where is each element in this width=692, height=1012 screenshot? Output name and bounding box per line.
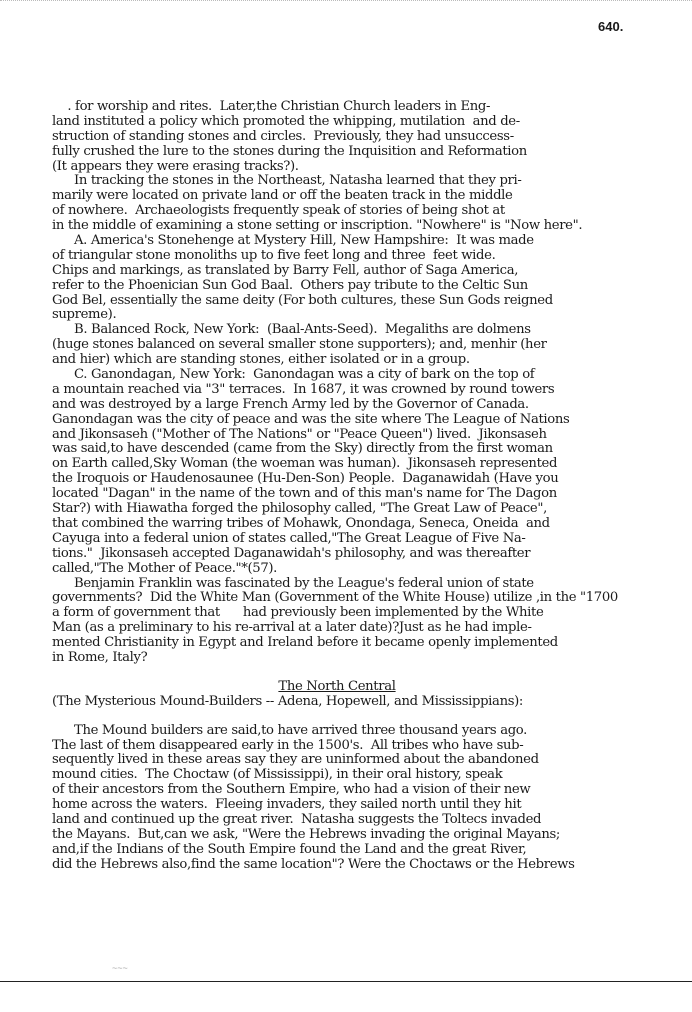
text-line: of nowhere. Archaeologists frequently sp… xyxy=(52,204,692,219)
text-line: the Iroquois or Haudenosaunee (Hu-Den-So… xyxy=(52,472,692,487)
text-line: The last of them disappeared early in th… xyxy=(52,739,692,754)
text-line: on Earth called,Sky Woman (the woeman wa… xyxy=(52,457,692,472)
text-line: land and continued up the great river. N… xyxy=(52,813,692,828)
text-line: (huge stones balanced on several smaller… xyxy=(52,338,692,353)
text-line: did the Hebrews also,find the same locat… xyxy=(52,858,692,873)
text-line: of triangular stone monoliths up to five… xyxy=(52,249,692,264)
text-line: refer to the Phoenician Sun God Baal. Ot… xyxy=(52,279,692,294)
text-line: Benjamin Franklin was fascinated by the … xyxy=(52,577,692,592)
text-line: (It appears they were erasing tracks?). xyxy=(52,160,692,175)
text-line: In tracking the stones in the Northeast,… xyxy=(52,174,692,189)
text-line: in the middle of examining a stone setti… xyxy=(52,219,692,234)
text-line: Cayuga into a federal union of states ca… xyxy=(52,532,692,547)
text-line: Chips and markings, as translated by Bar… xyxy=(52,264,692,279)
text-line: was said,to have descended (came from th… xyxy=(52,442,692,457)
text-line: fully crushed the lure to the stones dur… xyxy=(52,145,692,160)
text-line: marily were located on private land or o… xyxy=(52,189,692,204)
handwritten-mark: ~~~ xyxy=(112,963,128,973)
text-line: in Rome, Italy? xyxy=(52,651,692,666)
text-line: and Jikonsaseh ("Mother of The Nations" … xyxy=(52,428,692,443)
text-line: struction of standing stones and circles… xyxy=(52,130,692,145)
text-line: land instituted a policy which promoted … xyxy=(52,115,692,130)
text-line: and hier) which are standing stones, eit… xyxy=(52,353,692,368)
text-line: the Mayans. But,can we ask, "Were the He… xyxy=(52,828,692,843)
text-line: a form of government that had previously… xyxy=(52,606,692,621)
text-line: a mountain reached via "3" terraces. In … xyxy=(52,383,692,398)
text-line: and was destroyed by a large French Army… xyxy=(52,398,692,413)
text-line: (The Mysterious Mound-Builders -- Adena,… xyxy=(52,695,692,710)
text-line: tions." Jikonsaseh accepted Daganawidah'… xyxy=(52,547,692,562)
blank-line xyxy=(52,666,692,680)
text-line: mound cities. The Choctaw (of Mississipp… xyxy=(52,768,692,783)
text-line: and,if the Indians of the South Empire f… xyxy=(52,843,692,858)
page-number: 640. xyxy=(598,19,623,34)
text-line: located "Dagan" in the name of the town … xyxy=(52,487,692,502)
scan-artifact-top xyxy=(0,0,692,4)
text-line: The Mound builders are said,to have arri… xyxy=(52,724,692,739)
text-line: C. Ganondagan, New York: Ganondagan was … xyxy=(52,368,692,383)
text-line: that combined the warring tribes of Moha… xyxy=(52,517,692,532)
text-line: called,"The Mother of Peace."*(57). xyxy=(52,562,692,577)
blank-line xyxy=(52,710,692,724)
text-line: home across the waters. Fleeing invaders… xyxy=(52,798,692,813)
text-line: supreme). xyxy=(52,308,692,323)
text-line: Man (as a preliminary to his re-arrival … xyxy=(52,621,692,636)
text-line: B. Balanced Rock, New York: (Baal-Ants-S… xyxy=(52,323,692,338)
text-line: God Bel, essentially the same deity (For… xyxy=(52,294,692,309)
text-line: mented Christianity in Egypt and Ireland… xyxy=(52,636,692,651)
text-line: A. America's Stonehenge at Mystery Hill,… xyxy=(52,234,692,249)
text-line: governments? Did the White Man (Governme… xyxy=(52,591,692,606)
document-body: . for worship and rites. Later,the Chris… xyxy=(52,100,692,873)
text-line: Star?) with Hiawatha forged the philosop… xyxy=(52,502,692,517)
text-line: sequently lived in these areas say they … xyxy=(52,753,692,768)
section-heading: The North Central xyxy=(52,680,692,695)
text-line: . for worship and rites. Later,the Chris… xyxy=(52,100,692,115)
footer-rule xyxy=(0,981,692,982)
text-line: of their ancestors from the Southern Emp… xyxy=(52,783,692,798)
text-line: Ganondagan was the city of peace and was… xyxy=(52,413,692,428)
